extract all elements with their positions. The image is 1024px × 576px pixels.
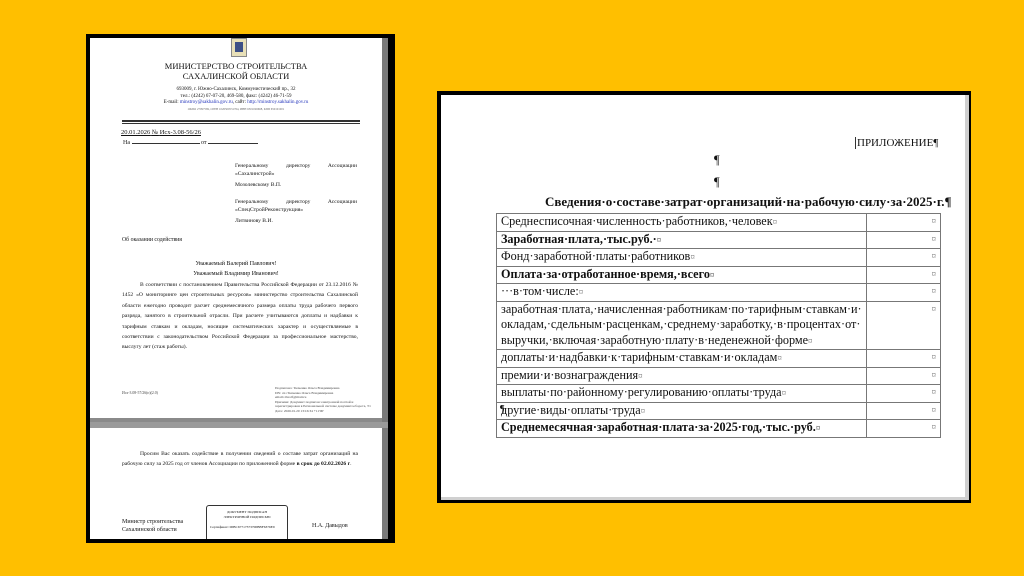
row-value-cell[interactable]: ¤ — [866, 249, 940, 267]
letterhead-divider-thin — [122, 123, 360, 124]
table-row: доплаты·и·надбавки·к·тарифным·ставкам·и·… — [497, 350, 941, 368]
table-row: выплаты·по·районному·регулированию·оплат… — [497, 385, 941, 403]
signer-name: Н.А. Давыдов — [312, 522, 348, 531]
letter-number: Исх-3.08-56/26 — [160, 129, 201, 136]
addressee-2: Генеральному директору Ассоциации «СпецС… — [235, 198, 357, 225]
cell-end-mark: ¤ — [641, 406, 646, 416]
row-label-text: Оплата·за·отработанное·время,·всего — [501, 267, 710, 281]
greeting-1: Уважаемый Валерий Павлович! — [90, 259, 382, 269]
cell-end-mark: ¤ — [657, 235, 662, 245]
ministry-contacts: 693009, г. Южно-Сахалинск, Коммунистичес… — [90, 87, 382, 112]
cell-end-mark: ¤ — [710, 270, 715, 280]
table-row: заработная·плата,·начисленная·работникам… — [497, 301, 941, 350]
ministry-name-line2: САХАЛИНСКОЙ ОБЛАСТИ — [90, 71, 382, 81]
incoming-ref: На от — [123, 139, 258, 148]
appendix-form-document: ПРИЛОЖЕНИЕ¶ ¶ ¶ Сведения·о·составе·затра… — [437, 91, 971, 503]
labor-cost-table: Среднесписочная·численность·работников,·… — [496, 213, 941, 438]
row-label: ···в·том·числе:¤ — [497, 284, 867, 302]
ministry-letter-scan: МИНИСТЕРСТВО СТРОИТЕЛЬСТВА САХАЛИНСКОЙ О… — [86, 34, 395, 543]
site-link[interactable]: http://minstroy.sakhalin.gov.ru — [247, 100, 308, 105]
letter-page-2: Просим Вас оказать содействие в получени… — [90, 428, 388, 539]
deadline-text: в срок до 02.02.2026 г — [297, 461, 351, 467]
table-row: другие·виды·оплаты·труда¤¤ — [497, 402, 941, 420]
sig-line: Дата: 2026.01.20 13:16:34 +11'00' — [275, 409, 371, 414]
row-label: премии·и·вознаграждения¤ — [497, 367, 867, 385]
table-row: Фонд·заработной·платы·работников¤¤ — [497, 249, 941, 267]
table-row: Среднемесячная·заработная·плата·за·2025·… — [497, 420, 941, 438]
table-row: Заработная·плата,·тыс.руб.·¤¤ — [497, 231, 941, 249]
digital-signature-info: Подписано: Ткаченко Ольга Владимировна D… — [275, 386, 371, 413]
table-row: Среднесписочная·численность·работников,·… — [497, 214, 941, 232]
letter-subject: Об оказании содействия — [122, 236, 182, 245]
row-label: Оплата·за·отработанное·время,·всего¤ — [497, 266, 867, 284]
cell-end-mark: ¤ — [932, 286, 937, 296]
paragraph-mark: ¶ — [714, 153, 720, 168]
ministry-codes: ОКПО 27097569, ОГРН 1026500531764, ИНН 6… — [90, 107, 382, 112]
row-value-cell[interactable]: ¤ — [866, 402, 940, 420]
appendix-page: ПРИЛОЖЕНИЕ¶ ¶ ¶ Сведения·о·составе·затра… — [441, 95, 969, 500]
addressee-1-name: Мозолевскому В.П. — [235, 181, 357, 189]
table-row: Оплата·за·отработанное·время,·всего¤¤ — [497, 266, 941, 284]
cell-end-mark: ¤ — [690, 252, 695, 262]
site-label: , сайт: — [233, 100, 246, 105]
row-label-text: выплаты·по·районному·регулированию·оплат… — [501, 385, 782, 399]
cell-end-mark: ¤ — [777, 353, 782, 363]
row-label-text: Среднемесячная·заработная·плата·за·2025·… — [501, 420, 816, 434]
row-label: другие·виды·оплаты·труда¤ — [497, 402, 867, 420]
row-label-text: Заработная·плата,·тыс.руб.· — [501, 232, 657, 246]
row-label: доплаты·и·надбавки·к·тарифным·ставкам·и·… — [497, 350, 867, 368]
row-label-text: Фонд·заработной·платы·работников — [501, 249, 690, 263]
cell-end-mark: ¤ — [932, 216, 937, 226]
stamp-line2: ЭЛЕКТРОННОЙ ПОДПИСЬЮ — [207, 515, 287, 520]
footer-ref: Исх-3.08-57/26(п)(2.0) — [122, 389, 158, 398]
row-label: Фонд·заработной·платы·работников¤ — [497, 249, 867, 267]
cell-end-mark: ¤ — [782, 388, 787, 398]
addressee-2-title: Генеральному директору Ассоциации «СпецС… — [235, 198, 357, 214]
paragraph-mark: ¶ — [714, 175, 720, 190]
ot-label: от — [201, 140, 207, 146]
row-label-text: ···в·том·числе: — [501, 284, 579, 298]
cell-end-mark: ¤ — [932, 234, 937, 244]
cell-end-mark: ¤ — [932, 422, 937, 432]
row-value-cell[interactable]: ¤ — [866, 367, 940, 385]
cell-end-mark: ¤ — [932, 405, 937, 415]
cell-end-mark: ¤ — [773, 217, 778, 227]
row-label-text: другие·виды·оплаты·труда — [501, 403, 641, 417]
row-label-text: премии·и·вознаграждения — [501, 368, 638, 382]
cell-end-mark: ¤ — [579, 287, 584, 297]
outgoing-ref: 20.01.2026 № Исх-3.08-56/26 — [121, 128, 201, 137]
appendix-label: ПРИЛОЖЕНИЕ¶ — [855, 137, 938, 149]
form-title: Сведения·о·составе·затрат·организаций·на… — [545, 194, 952, 210]
addressee-1: Генеральному директору Ассоциации «Сахал… — [235, 162, 357, 189]
appendix-label-text: ПРИЛОЖЕНИЕ¶ — [855, 137, 938, 149]
email-label: E-mail: — [164, 100, 179, 105]
cell-end-mark: ¤ — [932, 269, 937, 279]
row-label: Среднемесячная·заработная·плата·за·2025·… — [497, 420, 867, 438]
cell-end-mark: ¤ — [932, 251, 937, 261]
addressee-1-title: Генеральному директору Ассоциации «Сахал… — [235, 162, 357, 178]
row-label: выплаты·по·районному·регулированию·оплат… — [497, 385, 867, 403]
row-value-cell[interactable]: ¤ — [866, 420, 940, 438]
letter-body: В соответствии с постановлением Правител… — [122, 280, 358, 353]
letterhead-divider — [122, 120, 360, 122]
row-value-cell[interactable]: ¤ — [866, 266, 940, 284]
number-label: № — [152, 129, 158, 136]
row-value-cell[interactable]: ¤ — [866, 231, 940, 249]
addressee-2-name: Литвинову В.И. — [235, 217, 357, 225]
table-row: ···в·том·числе:¤¤ — [497, 284, 941, 302]
letter-body-text: В соответствии с постановлением Правител… — [122, 282, 358, 350]
cell-end-mark: ¤ — [932, 387, 937, 397]
row-label-text: Среднесписочная·численность·работников,·… — [501, 214, 773, 228]
greetings: Уважаемый Валерий Павлович! Уважаемый Вл… — [90, 259, 382, 279]
row-label: Заработная·плата,·тыс.руб.·¤ — [497, 231, 867, 249]
request-paragraph: Просим Вас оказать содействие в получени… — [122, 449, 358, 470]
signer-title-line1: Министр строительства — [122, 518, 183, 526]
cell-end-mark: ¤ — [808, 336, 813, 346]
signer-title: Министр строительства Сахалинской област… — [122, 518, 183, 534]
cell-end-mark: ¤ — [816, 423, 821, 433]
sig-line: зарегистрирован в Региональной системе д… — [275, 404, 371, 409]
cell-end-mark: ¤ — [932, 370, 937, 380]
paragraph-mark: ¶ — [500, 404, 505, 415]
e-signature-stamp: ДОКУМЕНТ ПОДПИСАН ЭЛЕКТРОННОЙ ПОДПИСЬЮ С… — [206, 505, 288, 539]
letter-page-1: МИНИСТЕРСТВО СТРОИТЕЛЬСТВА САХАЛИНСКОЙ О… — [90, 38, 388, 422]
stamp-cert: Сертификат: 00BC67717373700BBF6376E9 — [210, 525, 287, 530]
email-link[interactable]: minstroy@sakhalin.gov.ru — [180, 100, 233, 105]
row-value-cell[interactable]: ¤ — [866, 284, 940, 302]
cell-end-mark: ¤ — [638, 371, 643, 381]
row-label: заработная·плата,·начисленная·работникам… — [497, 301, 867, 350]
row-value-cell[interactable]: ¤ — [866, 350, 940, 368]
coat-of-arms-icon — [231, 38, 247, 57]
letter-date: 20.01.2026 — [121, 129, 150, 136]
cell-end-mark: ¤ — [932, 352, 937, 362]
na-label: На — [123, 140, 130, 146]
ministry-name-line1: МИНИСТЕРСТВО СТРОИТЕЛЬСТВА — [90, 61, 382, 71]
row-value-cell[interactable]: ¤ — [866, 214, 940, 232]
row-label-text: доплаты·и·надбавки·к·тарифным·ставкам·и·… — [501, 350, 777, 364]
ministry-name: МИНИСТЕРСТВО СТРОИТЕЛЬСТВА САХАЛИНСКОЙ О… — [90, 61, 382, 81]
cell-end-mark: ¤ — [932, 304, 937, 314]
greeting-2: Уважаемый Владимир Иванович! — [90, 269, 382, 279]
table-row: премии·и·вознаграждения¤¤ — [497, 367, 941, 385]
row-value-cell[interactable]: ¤ — [866, 385, 940, 403]
row-value-cell[interactable]: ¤ — [866, 301, 940, 350]
row-label: Среднесписочная·численность·работников,·… — [497, 214, 867, 232]
signer-title-line2: Сахалинской области — [122, 526, 183, 534]
